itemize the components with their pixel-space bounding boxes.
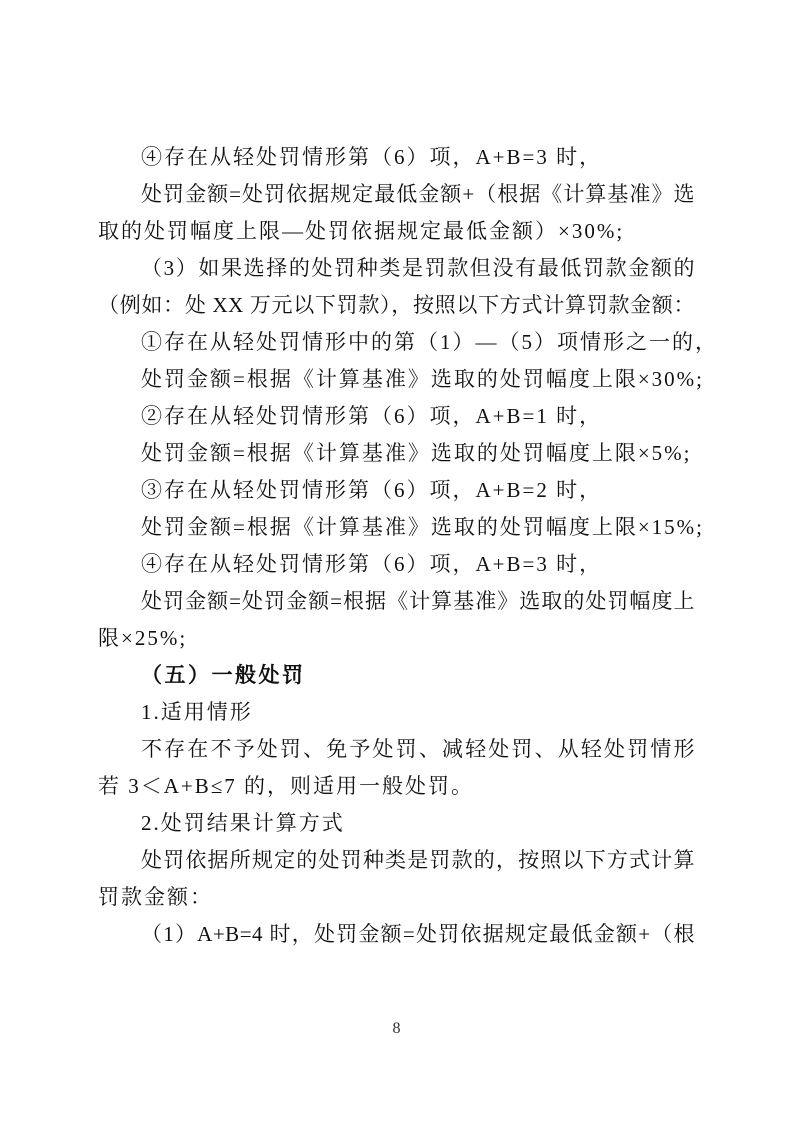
subsection-title: 1.适用情形	[98, 694, 695, 731]
document-page: ④存在从轻处罚情形第（6）项，A+B=3 时， 处罚金额=处罚依据规定最低金额+…	[0, 0, 793, 1122]
text-line: ③存在从轻处罚情形第（6）项，A+B=2 时，	[98, 472, 695, 509]
text-line: 处罚金额=根据《计算基准》选取的处罚幅度上限×5%;	[98, 435, 695, 472]
section-heading: （五）一般处罚	[98, 657, 695, 694]
text-line: （例如：处 XX 万元以下罚款），按照以下方式计算罚款金额：	[98, 287, 695, 324]
text-line: （1）A+B=4 时，处罚金额=处罚依据规定最低金额+（根	[98, 916, 695, 953]
text-line: ④存在从轻处罚情形第（6）项，A+B=3 时，	[98, 139, 695, 176]
text-line: 不存在不予处罚、免予处罚、减轻处罚、从轻处罚情形时，	[98, 731, 695, 768]
text-line: 取的处罚幅度上限—处罚依据规定最低金额）×30%;	[98, 213, 695, 250]
text-line: 处罚金额=根据《计算基准》选取的处罚幅度上限×15%;	[98, 509, 695, 546]
text-line: ②存在从轻处罚情形第（6）项，A+B=1 时，	[98, 398, 695, 435]
text-line: 处罚金额=处罚依据规定最低金额+（根据《计算基准》选	[98, 176, 695, 213]
document-body: ④存在从轻处罚情形第（6）项，A+B=3 时， 处罚金额=处罚依据规定最低金额+…	[98, 139, 695, 953]
subsection-title: 2.处罚结果计算方式	[98, 805, 695, 842]
page-number: 8	[393, 1020, 401, 1037]
text-line: 若 3＜A+B≤7 的，则适用一般处罚。	[98, 768, 695, 805]
text-line: 罚款金额：	[98, 879, 695, 916]
page-footer: 8	[0, 1020, 793, 1038]
text-line: 处罚金额=处罚金额=根据《计算基准》选取的处罚幅度上	[98, 583, 695, 620]
text-line: ④存在从轻处罚情形第（6）项，A+B=3 时，	[98, 546, 695, 583]
text-line: 处罚金额=根据《计算基准》选取的处罚幅度上限×30%;	[98, 361, 695, 398]
text-line: 处罚依据所规定的处罚种类是罚款的，按照以下方式计算	[98, 842, 695, 879]
text-line: ①存在从轻处罚情形中的第（1）—（5）项情形之一的，	[98, 324, 695, 361]
text-line: 限×25%;	[98, 620, 695, 657]
text-line: （3）如果选择的处罚种类是罚款但没有最低罚款金额的	[98, 250, 695, 287]
